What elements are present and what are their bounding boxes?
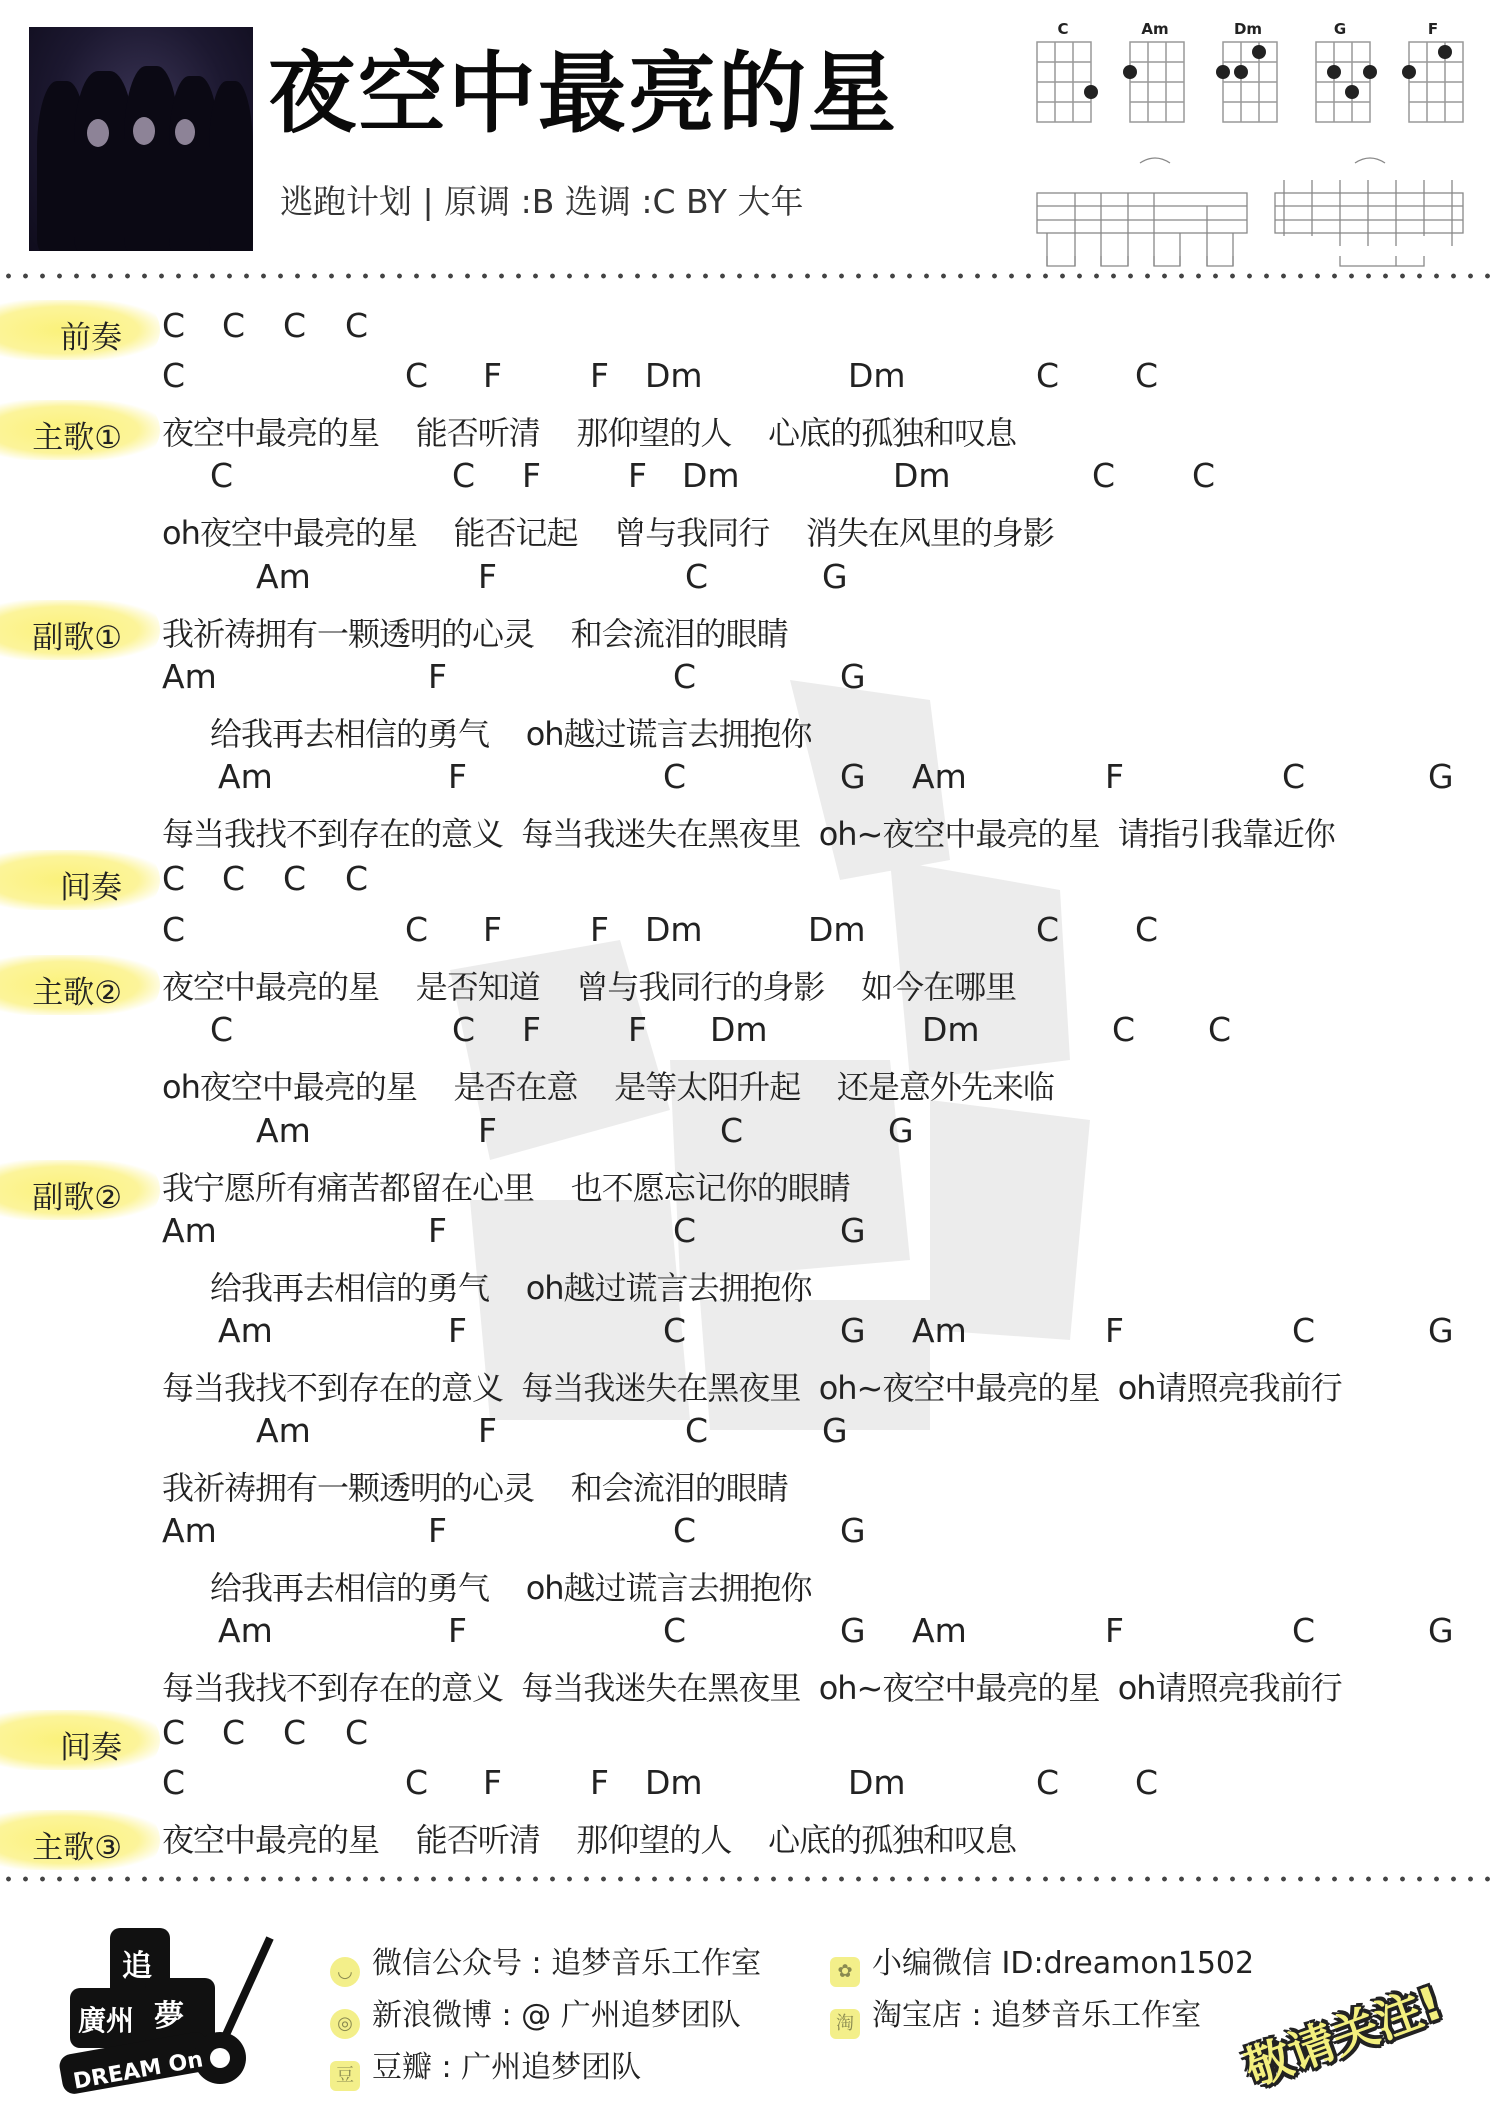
chord-line: CCCC: [0, 302, 1500, 352]
lyric: 夜空中最亮的星 是否知道 曾与我同行的身影 如今在哪里: [162, 962, 1016, 1008]
wechat-public-account: ◡微信公众号 : 追梦音乐工作室: [330, 1938, 761, 1987]
album-cover-photo: [29, 27, 253, 251]
chord: C: [222, 859, 245, 898]
wechat-icon: ◡: [330, 1957, 360, 1987]
lyric: 每当我找不到存在的意义 每当我迷失在黑夜里 oh~夜空中最亮的星 oh请照亮我前…: [162, 1663, 1342, 1709]
chord: Dm: [710, 1010, 768, 1049]
chord: Am: [912, 1611, 967, 1650]
chord: G: [822, 557, 848, 596]
chord: C: [162, 1713, 185, 1752]
chord: Am: [162, 1511, 217, 1550]
divider-bottom: [0, 1876, 1500, 1882]
chord: C: [673, 1511, 696, 1550]
chord: F: [1105, 1611, 1124, 1650]
chord: C: [1036, 910, 1059, 949]
song-subtitle: 逃跑计划 | 原调 :B 选调 :C BY 大年: [280, 176, 803, 223]
chord-line: CCFFDmDmCC: [0, 452, 1500, 502]
chord: C: [1135, 1763, 1158, 1802]
chord: G: [840, 1511, 866, 1550]
svg-text:Dm: Dm: [1234, 20, 1262, 38]
weibo-account: ◎新浪微博 : @ 广州追梦团队: [330, 1990, 741, 2039]
chord: F: [1105, 1311, 1124, 1350]
follow-badge: 敬请关注!: [1235, 1967, 1450, 2099]
chord: F: [478, 557, 497, 596]
face: [175, 119, 195, 145]
chord: Dm: [682, 456, 740, 495]
lyric-line: 夜空中最亮的星 能否听清 那仰望的人 心底的孤独和叹息: [0, 402, 1500, 452]
chord: C: [283, 306, 306, 345]
chord: C: [162, 910, 185, 949]
taobao-shop: 淘淘宝店 : 追梦音乐工作室: [830, 1990, 1201, 2039]
weibo-text: 新浪微博 : @ 广州追梦团队: [372, 1998, 741, 2033]
lyric-line: 给我再去相信的勇气 oh越过谎言去拥抱你: [0, 1257, 1500, 1307]
chord: C: [663, 1611, 686, 1650]
lyric-line: 每当我找不到存在的意义 每当我迷失在黑夜里 oh~夜空中最亮的星 oh请照亮我前…: [0, 1357, 1500, 1407]
chord: Dm: [893, 456, 951, 495]
lyric: oh夜空中最亮的星 是否在意 是等太阳升起 还是意外先来临: [162, 1062, 1054, 1108]
chord: F: [522, 1010, 541, 1049]
chord: C: [1282, 757, 1305, 796]
chord-line: CCFFDmDmCC: [0, 906, 1500, 956]
chord: F: [628, 1010, 647, 1049]
lyric-line: oh夜空中最亮的星 能否记起 曾与我同行 消失在风里的身影: [0, 502, 1500, 552]
chord: C: [345, 1713, 368, 1752]
chord: C: [1292, 1611, 1315, 1650]
chord: Am: [162, 657, 217, 696]
chord: C: [1092, 456, 1115, 495]
svg-text:Am: Am: [1141, 20, 1168, 38]
editor-wechat: ✿小编微信 ID:dreamon1502: [830, 1938, 1254, 1987]
douban-text: 豆瓣 : 广州追梦团队: [372, 2050, 641, 2085]
chord-line: AmFCGAmFCG: [0, 1307, 1500, 1357]
lyric-line: 我祈祷拥有一颗透明的心灵 和会流泪的眼睛: [0, 1457, 1500, 1507]
douban-icon: 豆: [330, 2061, 360, 2091]
song-title: 夜空中最亮的星: [268, 50, 898, 138]
chord: G: [1428, 1611, 1454, 1650]
lyric-line: 每当我找不到存在的意义 每当我迷失在黑夜里 oh~夜空中最亮的星 oh请照亮我前…: [0, 1657, 1500, 1707]
chord: G: [840, 1211, 866, 1250]
face: [87, 119, 109, 147]
chord: F: [448, 1311, 467, 1350]
chord: F: [590, 910, 609, 949]
wechat-friend-icon: ✿: [830, 1957, 860, 1987]
chord: F: [522, 456, 541, 495]
chord: G: [840, 757, 866, 796]
chord: Am: [912, 1311, 967, 1350]
chord: Dm: [645, 910, 703, 949]
chord: C: [685, 1411, 708, 1450]
chord-line: AmFCG: [0, 1107, 1500, 1157]
chord-diagrams: CAmDmGF: [1030, 18, 1490, 128]
chord: F: [478, 1411, 497, 1450]
lyric: oh夜空中最亮的星 能否记起 曾与我同行 消失在风里的身影: [162, 508, 1054, 554]
chord: C: [663, 757, 686, 796]
chord: C: [405, 910, 428, 949]
chord: Dm: [645, 356, 703, 395]
chord: C: [405, 356, 428, 395]
chord: C: [162, 356, 185, 395]
chord: F: [428, 1211, 447, 1250]
lyric: 给我再去相信的勇气 oh越过谎言去拥抱你: [210, 1563, 812, 1609]
chord: Am: [256, 1111, 311, 1150]
svg-text:夢: 夢: [154, 1999, 184, 2034]
logo-guitar-icon: 追 廣州 夢 DREAM On: [50, 1918, 290, 2098]
chord: Am: [912, 757, 967, 796]
chord: F: [428, 657, 447, 696]
chord: Dm: [848, 356, 906, 395]
lyric: 我祈祷拥有一颗透明的心灵 和会流泪的眼睛: [162, 1463, 788, 1509]
douban-account: 豆豆瓣 : 广州追梦团队: [330, 2042, 641, 2091]
chord: C: [1112, 1010, 1135, 1049]
svg-text:追: 追: [122, 1949, 152, 1984]
chord: C: [283, 859, 306, 898]
chord: C: [345, 859, 368, 898]
chord: Dm: [848, 1763, 906, 1802]
chord: C: [162, 859, 185, 898]
chord: C: [1135, 910, 1158, 949]
chord: F: [590, 356, 609, 395]
chord-line: AmFCG: [0, 1407, 1500, 1457]
band-member-silhouette: [209, 81, 253, 251]
chord: C: [1292, 1311, 1315, 1350]
svg-text:廣州: 廣州: [78, 2004, 134, 2037]
chord: Am: [256, 557, 311, 596]
lyric: 给我再去相信的勇气 oh越过谎言去拥抱你: [210, 1263, 812, 1309]
chord: C: [162, 1763, 185, 1802]
chord: C: [405, 1763, 428, 1802]
chord: Dm: [808, 910, 866, 949]
ukulele-chord-charts-icon: CAmDmGF: [1030, 18, 1500, 268]
chord: C: [673, 657, 696, 696]
lyric: 夜空中最亮的星 能否听清 那仰望的人 心底的孤独和叹息: [162, 1815, 1016, 1861]
lyric-line: 夜空中最亮的星 能否听清 那仰望的人 心底的孤独和叹息: [0, 1809, 1500, 1859]
lyric: 每当我找不到存在的意义 每当我迷失在黑夜里 oh~夜空中最亮的星 请指引我靠近你: [162, 809, 1335, 855]
lyric: 给我再去相信的勇气 oh越过谎言去拥抱你: [210, 709, 812, 755]
chord: F: [628, 456, 647, 495]
chord: Dm: [645, 1763, 703, 1802]
svg-text:C: C: [1057, 20, 1068, 38]
chord: G: [1428, 1311, 1454, 1350]
chord: C: [673, 1211, 696, 1250]
chord: Am: [162, 1211, 217, 1250]
chord: G: [840, 1311, 866, 1350]
chord-line: AmFCGAmFCG: [0, 1607, 1500, 1657]
svg-text:F: F: [1428, 20, 1438, 38]
chord: F: [1105, 757, 1124, 796]
lyric: 我宁愿所有痛苦都留在心里 也不愿忘记你的眼睛: [162, 1163, 850, 1209]
chord: F: [448, 1611, 467, 1650]
chord: Dm: [922, 1010, 980, 1049]
chord: F: [590, 1763, 609, 1802]
chord-line: AmFCG: [0, 553, 1500, 603]
chord: C: [1192, 456, 1215, 495]
chord: F: [478, 1111, 497, 1150]
chord: C: [1135, 356, 1158, 395]
lyric-line: 每当我找不到存在的意义 每当我迷失在黑夜里 oh~夜空中最亮的星 请指引我靠近你: [0, 803, 1500, 853]
chord: C: [685, 557, 708, 596]
chord: C: [162, 306, 185, 345]
chord: C: [452, 1010, 475, 1049]
chord: C: [1036, 1763, 1059, 1802]
chord-line: CCCC: [0, 855, 1500, 905]
chord-line: CCFFDmDmCC: [0, 1006, 1500, 1056]
wechat-public-text: 微信公众号 : 追梦音乐工作室: [372, 1946, 761, 1981]
chord-line: AmFCG: [0, 1207, 1500, 1257]
chord: C: [663, 1311, 686, 1350]
chord: G: [888, 1111, 914, 1150]
chord: C: [1036, 356, 1059, 395]
face: [133, 117, 155, 145]
lyric: 每当我找不到存在的意义 每当我迷失在黑夜里 oh~夜空中最亮的星 oh请照亮我前…: [162, 1363, 1342, 1409]
chord: G: [840, 657, 866, 696]
chord: G: [840, 1611, 866, 1650]
lyric-line: 给我再去相信的勇气 oh越过谎言去拥抱你: [0, 703, 1500, 753]
chord: C: [720, 1111, 743, 1150]
lyric: 我祈祷拥有一颗透明的心灵 和会流泪的眼睛: [162, 609, 788, 655]
chord: C: [210, 456, 233, 495]
dream-on-logo: 追 廣州 夢 DREAM On: [50, 1918, 290, 2098]
chord: C: [222, 1713, 245, 1752]
taobao-text: 淘宝店 : 追梦音乐工作室: [872, 1998, 1201, 2033]
chord: C: [1208, 1010, 1231, 1049]
lyric-line: oh夜空中最亮的星 是否在意 是等太阳升起 还是意外先来临: [0, 1056, 1500, 1106]
chord: C: [452, 456, 475, 495]
chord: G: [822, 1411, 848, 1450]
svg-text:G: G: [1334, 20, 1346, 38]
taobao-icon: 淘: [830, 2009, 860, 2039]
chord: F: [483, 910, 502, 949]
chord: C: [222, 306, 245, 345]
chord: Am: [218, 1611, 273, 1650]
lyric-line: 我祈祷拥有一颗透明的心灵 和会流泪的眼睛: [0, 603, 1500, 653]
chord: F: [483, 1763, 502, 1802]
chord: C: [210, 1010, 233, 1049]
chord: G: [1428, 757, 1454, 796]
chord: F: [448, 757, 467, 796]
chord-line: CCCC: [0, 1709, 1500, 1759]
weibo-icon: ◎: [330, 2009, 360, 2039]
lyric-line: 夜空中最亮的星 是否知道 曾与我同行的身影 如今在哪里: [0, 956, 1500, 1006]
chord: Am: [218, 1311, 273, 1350]
chord: F: [483, 356, 502, 395]
chord-line: AmFCG: [0, 653, 1500, 703]
lyric-line: 我宁愿所有痛苦都留在心里 也不愿忘记你的眼睛: [0, 1157, 1500, 1207]
editor-wechat-text: 小编微信 ID:dreamon1502: [872, 1946, 1254, 1981]
chord-line: CCFFDmDmCC: [0, 1759, 1500, 1809]
chord: Am: [218, 757, 273, 796]
chord-line: AmFCG: [0, 1507, 1500, 1557]
chord: C: [283, 1713, 306, 1752]
chord: Am: [256, 1411, 311, 1450]
chord-line: CCFFDmDmCC: [0, 352, 1500, 402]
lyric-line: 给我再去相信的勇气 oh越过谎言去拥抱你: [0, 1557, 1500, 1607]
chord-line: AmFCGAmFCG: [0, 753, 1500, 803]
divider-top: [0, 273, 1500, 279]
chord: C: [345, 306, 368, 345]
chord: F: [428, 1511, 447, 1550]
lyric: 夜空中最亮的星 能否听清 那仰望的人 心底的孤独和叹息: [162, 408, 1016, 454]
